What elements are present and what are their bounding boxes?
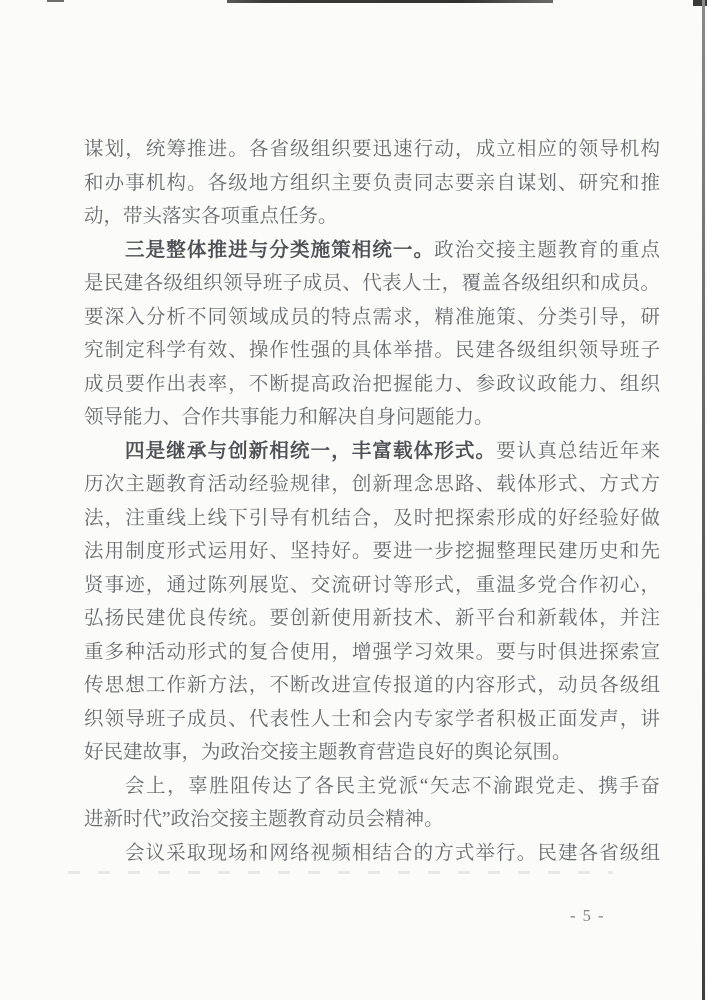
text-line: 传思想工作新方法，不断改进宣传报道的内容形式，动员各级组 — [84, 669, 660, 703]
text-line: 织领导班子成员、代表性人士和会内专家学者积极正面发声，讲 — [84, 703, 660, 737]
document-body-text: 谋划，统筹推进。各省级组织要迅速行动，成立相应的领导机构和办事机构。各级地方组织… — [84, 133, 660, 870]
scanned-document-page: 谋划，统筹推进。各省级组织要迅速行动，成立相应的领导机构和办事机构。各级地方组织… — [0, 0, 707, 1000]
text-line: 领导能力、合作共事能力和解决自身问题能力。 — [84, 401, 660, 435]
scan-artifact-top-dash — [47, 0, 64, 2]
text-line: 动，带头落实各项重点任务。 — [84, 200, 660, 234]
text-line: 会上，辜胜阻传达了各民主党派“矢志不渝跟党走、携手奋 — [84, 770, 660, 804]
text-line: 弘扬民建优良传统。要创新使用新技术、新平台和新载体，并注 — [84, 602, 660, 636]
text-line: 好民建故事，为政治交接主题教育营造良好的舆论氛围。 — [84, 736, 660, 770]
text-line: 贤事迹，通过陈列展览、交流研讨等形式，重温多党合作初心， — [84, 569, 660, 603]
text-line: 究制定科学有效、操作性强的具体举措。民建各级组织领导班子 — [84, 334, 660, 368]
page-number: - 5 - — [570, 906, 605, 926]
text-line: 法，注重线上线下引导有机结合，及时把探索形成的好经验好做 — [84, 502, 660, 536]
text-line: 和办事机构。各级地方组织主要负责同志要亲自谋划、研究和推 — [84, 167, 660, 201]
text-line: 进新时代”政治交接主题教育动员会精神。 — [84, 803, 660, 837]
text-line: 会议采取现场和网络视频相结合的方式举行。民建各省级组 — [84, 837, 660, 871]
text-line: 法用制度形式运用好、坚持好。要进一步挖掘整理民建历史和先 — [84, 535, 660, 569]
paragraph-lead-in-bold: 四是继承与创新相统一，丰富载体形式。 — [125, 441, 496, 462]
text-line: 成员要作出表率，不断提高政治把握能力、参政议政能力、组织 — [84, 368, 660, 402]
text-line: 谋划，统筹推进。各省级组织要迅速行动，成立相应的领导机构 — [84, 133, 660, 167]
scan-artifact-top-line — [227, 0, 553, 3]
text-line: 三是整体推进与分类施策相统一。政治交接主题教育的重点 — [84, 234, 660, 268]
scan-artifact-right-edge-line — [702, 0, 705, 1000]
text-line: 是民建各级组织领导班子成员、代表人士，覆盖各级组织和成员。 — [84, 267, 660, 301]
text-line: 要深入分析不同领域成员的特点需求，精准施策、分类引导，研 — [84, 301, 660, 335]
text-line: 四是继承与创新相统一，丰富载体形式。要认真总结近年来 — [84, 435, 660, 469]
text-line: 重多种活动形式的复合使用，增强学习效果。要与时俱进探索宣 — [84, 636, 660, 670]
text-line: 历次主题教育活动经验规律，创新理念思路、载体形式、方式方 — [84, 468, 660, 502]
paragraph-lead-in-bold: 三是整体推进与分类施策相统一。 — [125, 240, 434, 261]
scan-artifact-faint-smudge — [68, 871, 613, 874]
